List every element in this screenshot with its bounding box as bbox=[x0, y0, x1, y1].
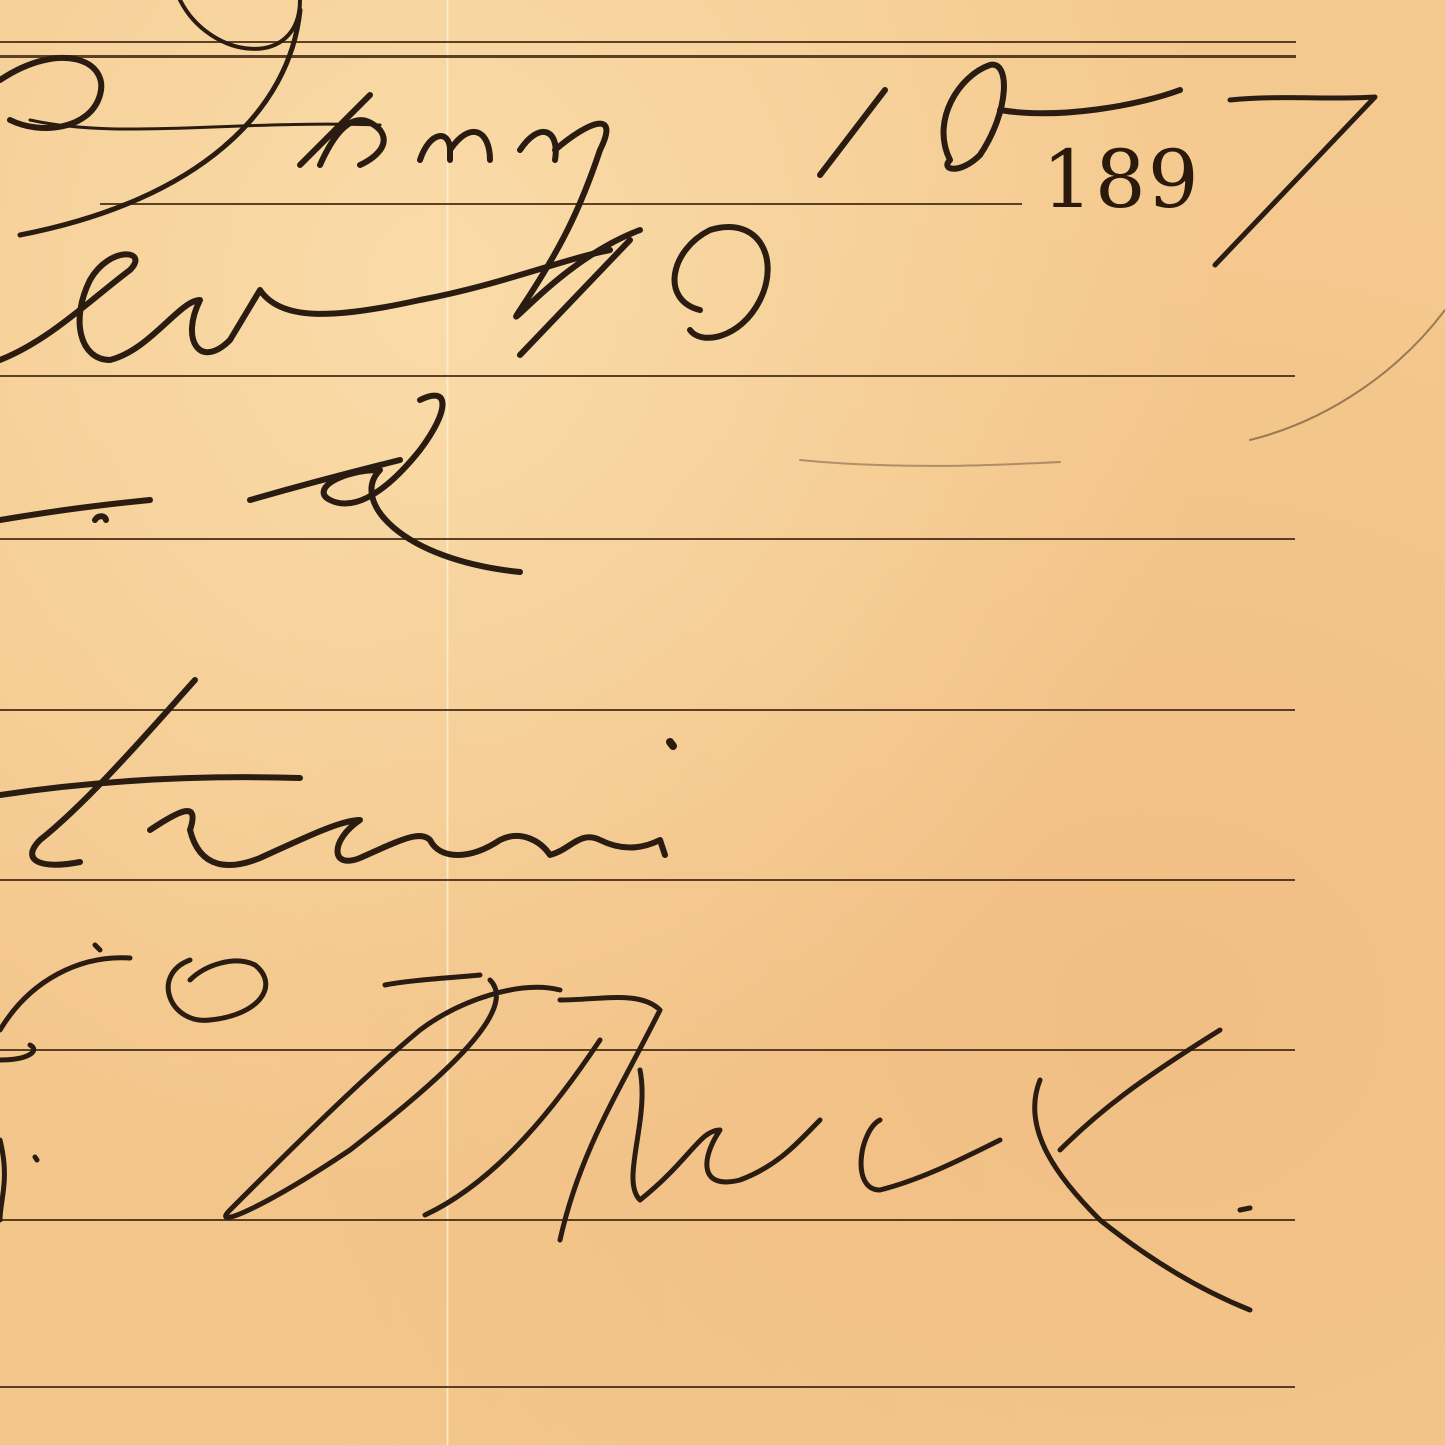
handwriting-ink bbox=[0, 0, 1445, 1445]
date-day bbox=[820, 65, 1180, 175]
flourish-loop bbox=[180, 0, 300, 49]
line5-dot bbox=[670, 742, 673, 746]
line3-faint bbox=[800, 460, 1060, 466]
line6-text bbox=[0, 945, 480, 1030]
flourish-stroke bbox=[20, 10, 300, 235]
document-page: 189 Jany 10 1897 ...ev 10 ...d . bbox=[0, 0, 1445, 1445]
date-year-suffix bbox=[1215, 97, 1375, 265]
faint-arc bbox=[1250, 310, 1445, 440]
line5-text bbox=[0, 680, 665, 865]
date-initial bbox=[0, 58, 101, 128]
line3-text bbox=[0, 396, 520, 572]
line2-text bbox=[0, 227, 768, 360]
signature-text bbox=[0, 980, 1250, 1310]
